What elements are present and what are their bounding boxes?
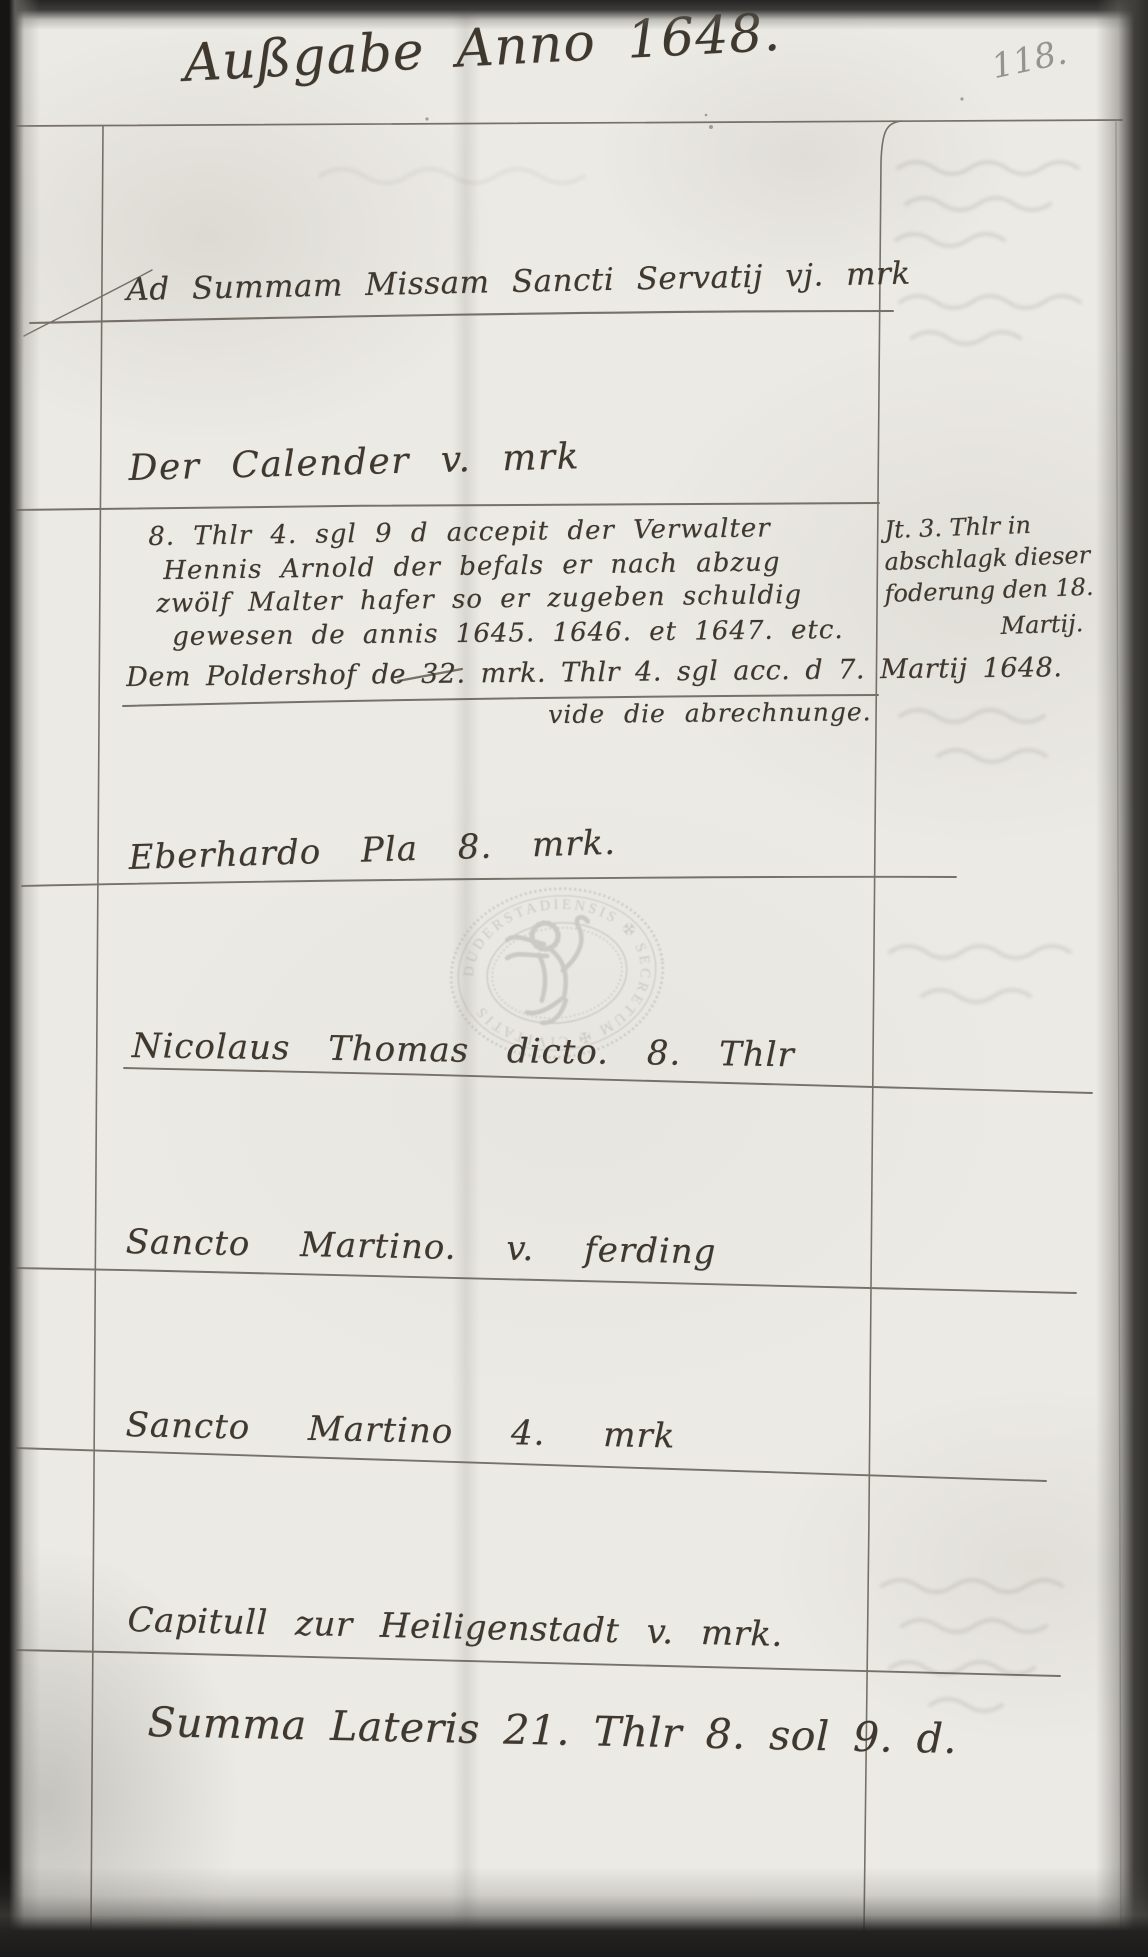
margin-note-line: Martij. bbox=[1000, 609, 1084, 640]
manuscript-page: DUDERSTADIENSIS ✠ SECRETUM ✠ CIVITATIS bbox=[0, 0, 1148, 1957]
column-divider-line bbox=[864, 121, 901, 1930]
margin-note-line: Jt. 3. Thlr in bbox=[884, 511, 1031, 544]
entry-underline bbox=[30, 311, 893, 323]
left-margin-line bbox=[91, 126, 103, 1930]
top-rule bbox=[16, 120, 1122, 126]
entry-underline bbox=[15, 1268, 1076, 1293]
right-margin-line bbox=[1116, 122, 1121, 1930]
entry-underline bbox=[22, 877, 956, 886]
entry-underline bbox=[14, 503, 879, 510]
paragraph-line: vide die abrechnunge. bbox=[548, 697, 872, 729]
